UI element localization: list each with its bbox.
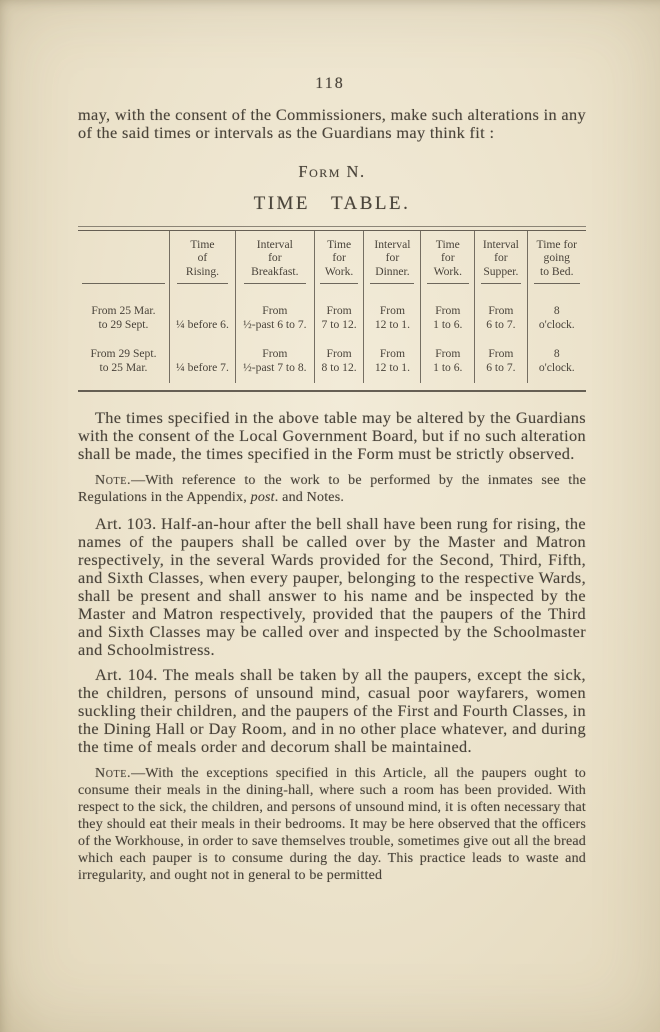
cell-breakfast: From ½-past 6 to 7. [235, 290, 314, 340]
cell-bed: 8 o'clock. [527, 290, 586, 340]
article-text: Half-an-hour after the bell shall have b… [78, 514, 586, 659]
column-header-work-am: Time for Work. [314, 231, 364, 291]
page-number: 118 [0, 0, 660, 93]
cell-rising: ¼ before 6. [169, 290, 235, 340]
article-label: Art. 104. [95, 665, 158, 684]
note-label: Note. [95, 766, 131, 781]
column-header-blank [78, 231, 169, 291]
header-underline [370, 283, 414, 284]
column-header-bed: Time for going to Bed. [527, 231, 586, 291]
note-text: . and Notes. [275, 490, 344, 505]
cell-rising: ¼ before 7. [169, 340, 235, 383]
row-label: From 25 Mar. to 29 Sept. [78, 290, 169, 340]
note-meals: Note.—With the exceptions specified in t… [78, 765, 586, 884]
cell-supper: From 6 to 7. [475, 340, 527, 383]
note-label: Note. [95, 473, 131, 488]
timetable-row-summer: From 25 Mar. to 29 Sept. ¼ before 6. Fro… [78, 290, 586, 340]
cell-breakfast: From ½-past 7 to 8. [235, 340, 314, 383]
cell-dinner: From 12 to 1. [364, 290, 421, 340]
cell-work-am: From 8 to 12. [314, 340, 364, 383]
paragraph-after-table: The times specified in the above table m… [78, 409, 586, 463]
note-text: —With the exceptions specified in this A… [78, 766, 586, 883]
timetable-row-winter: From 29 Sept. to 25 Mar. ¼ before 7. Fro… [78, 340, 586, 383]
cell-work-pm: From 1 to 6. [421, 290, 475, 340]
cell-work-pm: From 1 to 6. [421, 340, 475, 383]
cell-supper: From 6 to 7. [475, 290, 527, 340]
article-104: Art. 104. The meals shall be taken by al… [78, 666, 586, 756]
column-header-work-pm: Time for Work. [421, 231, 475, 291]
article-103: Art. 103. Half-an-hour after the bell sh… [78, 515, 586, 659]
cell-dinner: From 12 to 1. [364, 340, 421, 383]
form-heading: Form N. [78, 162, 586, 182]
header-underline [244, 283, 307, 284]
article-label: Art. 103. [95, 514, 157, 533]
header-underline [177, 283, 229, 284]
cell-bed: 8 o'clock. [527, 340, 586, 383]
header-underline [534, 283, 580, 284]
header-underline [320, 283, 358, 284]
column-header-rising: Time of Rising. [169, 231, 235, 291]
header-underline [82, 283, 165, 284]
timetable-grid: Time of Rising. Interval for Breakfast. [78, 231, 586, 384]
table-bottom-rule [78, 390, 586, 392]
scanned-book-page: 118 may, with the consent of the Commiss… [0, 0, 660, 1032]
header-underline [481, 283, 521, 284]
timetable: Time of Rising. Interval for Breakfast. [78, 226, 586, 392]
intro-paragraph: may, with the consent of the Commissione… [78, 106, 586, 142]
column-header-breakfast: Interval for Breakfast. [235, 231, 314, 291]
header-underline [427, 283, 469, 284]
note-italic-word: post [251, 490, 275, 505]
column-header-supper: Interval for Supper. [475, 231, 527, 291]
cell-work-am: From 7 to 12. [314, 290, 364, 340]
timetable-header-row: Time of Rising. Interval for Breakfast. [78, 231, 586, 291]
table-title: TIME TABLE. [78, 193, 586, 215]
column-header-dinner: Interval for Dinner. [364, 231, 421, 291]
row-label: From 29 Sept. to 25 Mar. [78, 340, 169, 383]
page-content: may, with the consent of the Commissione… [78, 106, 586, 884]
note-appendix: Note.—With reference to the work to be p… [78, 472, 586, 506]
table-top-rule [78, 226, 586, 227]
